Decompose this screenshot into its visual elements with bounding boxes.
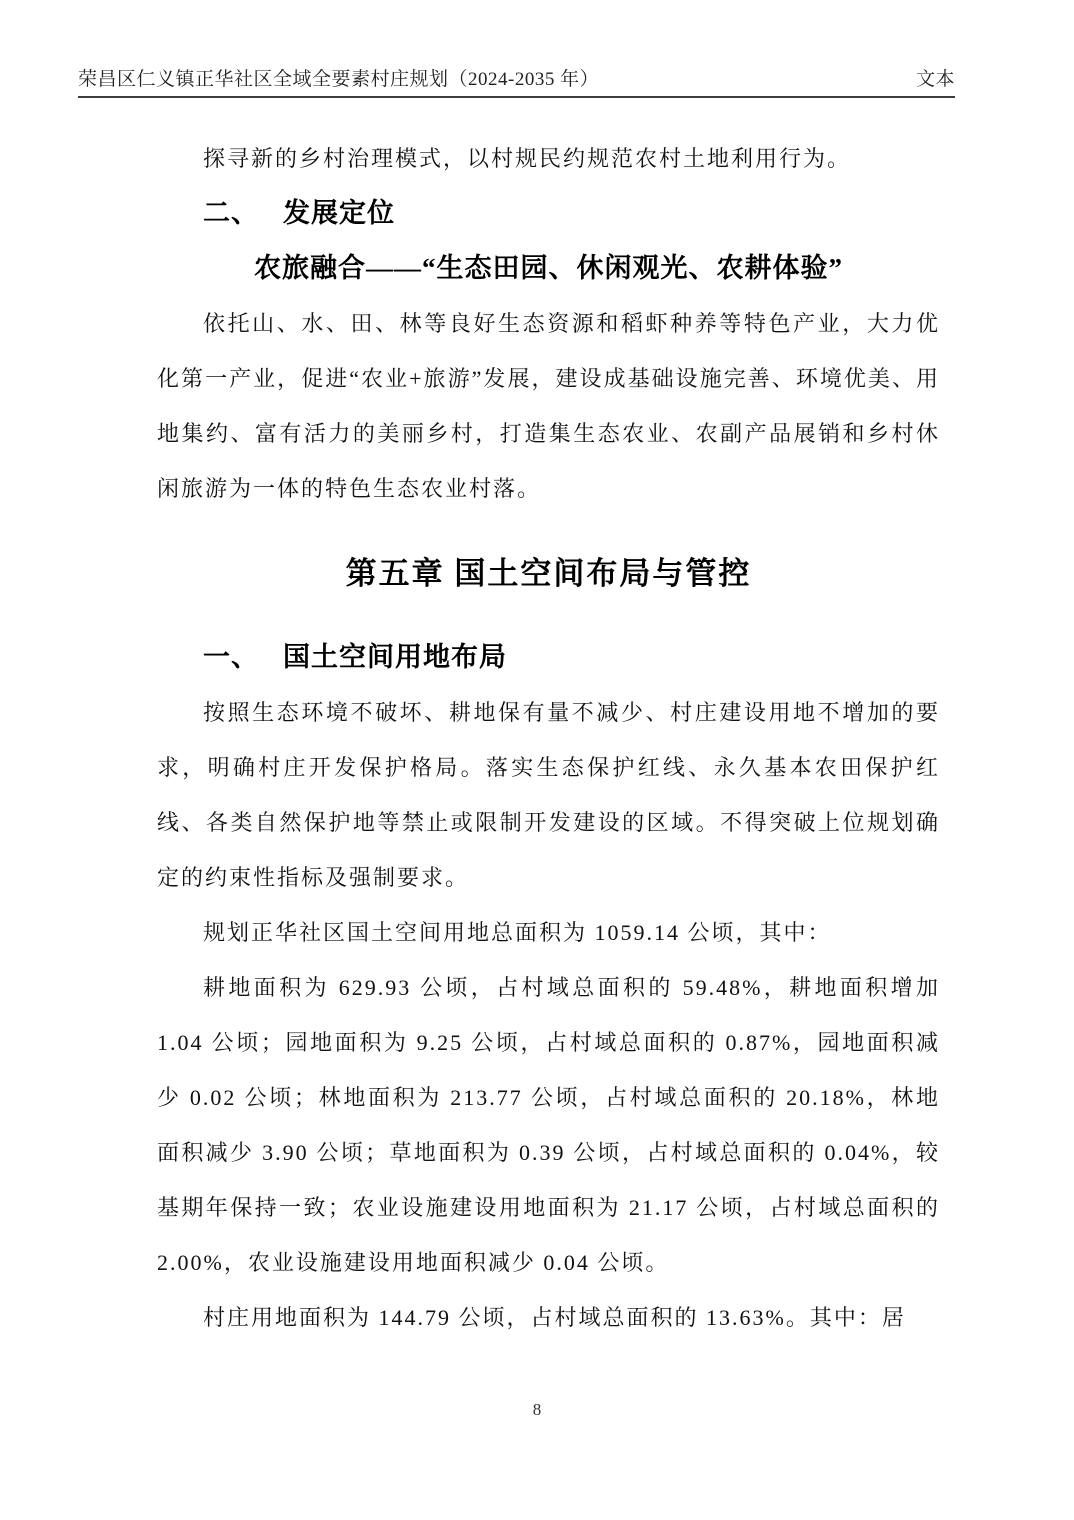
- paragraph-land-breakdown: 耕地面积为 629.93 公顷，占村域总面积的 59.48%，耕地面积增加 1.…: [157, 960, 940, 1290]
- section-heading-development: 二、发展定位: [157, 186, 940, 241]
- document-body: 探寻新的乡村治理模式，以村规民约规范农村土地利用行为。 二、发展定位 农旅融合—…: [157, 0, 940, 1345]
- section-number: 一、: [203, 642, 259, 672]
- page-number: 8: [533, 1400, 542, 1419]
- section-title: 国土空间用地布局: [283, 642, 507, 672]
- slogan-line: 农旅融合——“生态田园、休闲观光、农耕体验”: [157, 241, 940, 296]
- paragraph-total-area: 规划正华社区国土空间用地总面积为 1059.14 公顷，其中：: [157, 905, 940, 960]
- paragraph-vision: 依托山、水、田、林等良好生态资源和稻虾种养等特色产业，大力优化第一产业，促进“农…: [157, 296, 940, 516]
- document-page: 荣昌区仁义镇正华社区全域全要素村庄规划（2024-2035 年） 文本 探寻新的…: [0, 0, 1074, 1520]
- section-number: 二、: [203, 198, 259, 228]
- paragraph-governance: 探寻新的乡村治理模式，以村规民约规范农村土地利用行为。: [157, 131, 940, 186]
- chapter-heading: 第五章 国土空间布局与管控: [157, 538, 940, 610]
- page-footer: 8: [0, 1400, 1074, 1420]
- paragraph-constraints: 按照生态环境不破坏、耕地保有量不减少、村庄建设用地不增加的要求，明确村庄开发保护…: [157, 685, 940, 905]
- section-title: 发展定位: [283, 198, 395, 228]
- paragraph-village-land: 村庄用地面积为 144.79 公顷，占村域总面积的 13.63%。其中：居: [157, 1290, 940, 1345]
- section-heading-land-layout: 一、国土空间用地布局: [157, 630, 940, 685]
